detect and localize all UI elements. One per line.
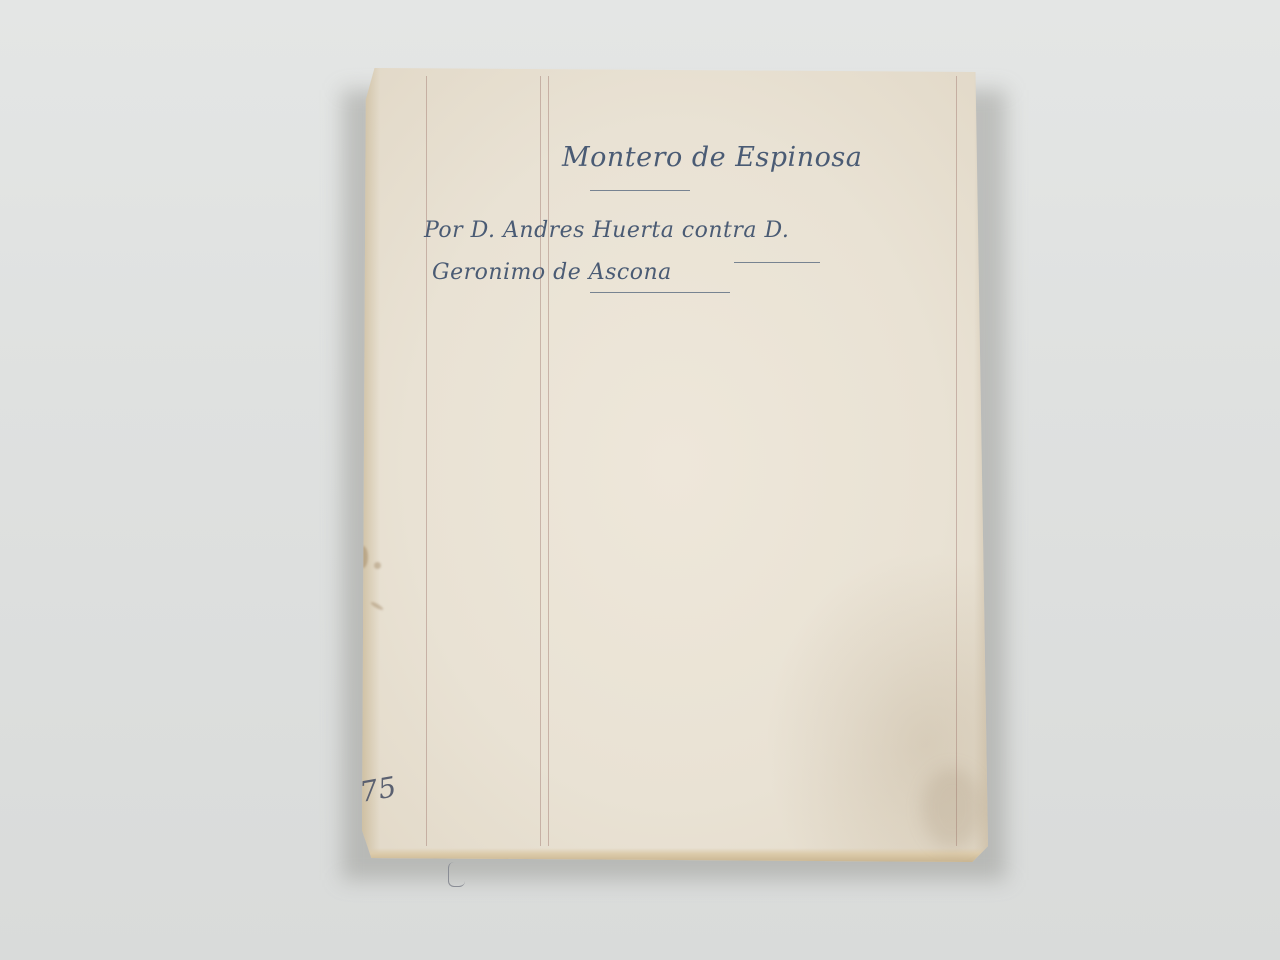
stain bbox=[374, 562, 381, 569]
margin-number-mark: 75 bbox=[357, 770, 399, 809]
margin-rule-right bbox=[956, 76, 957, 846]
loose-thread bbox=[448, 862, 465, 887]
subtitle-line-2: Geronimo de Ascona bbox=[432, 260, 672, 285]
title-underline bbox=[590, 190, 690, 191]
document-title: Montero de Espinosa bbox=[562, 142, 862, 173]
margin-rule-center-b bbox=[548, 76, 549, 846]
subtitle-dash-line bbox=[734, 262, 820, 263]
subtitle-line-1: Por D. Andres Huerta contra D. bbox=[424, 218, 789, 243]
subtitle-underline bbox=[590, 292, 730, 293]
margin-rule-left bbox=[426, 76, 427, 846]
margin-rule-center-a bbox=[540, 76, 541, 846]
document-cover: Montero de Espinosa Por D. Andres Huerta… bbox=[362, 68, 988, 862]
foxing-stain bbox=[922, 768, 982, 848]
